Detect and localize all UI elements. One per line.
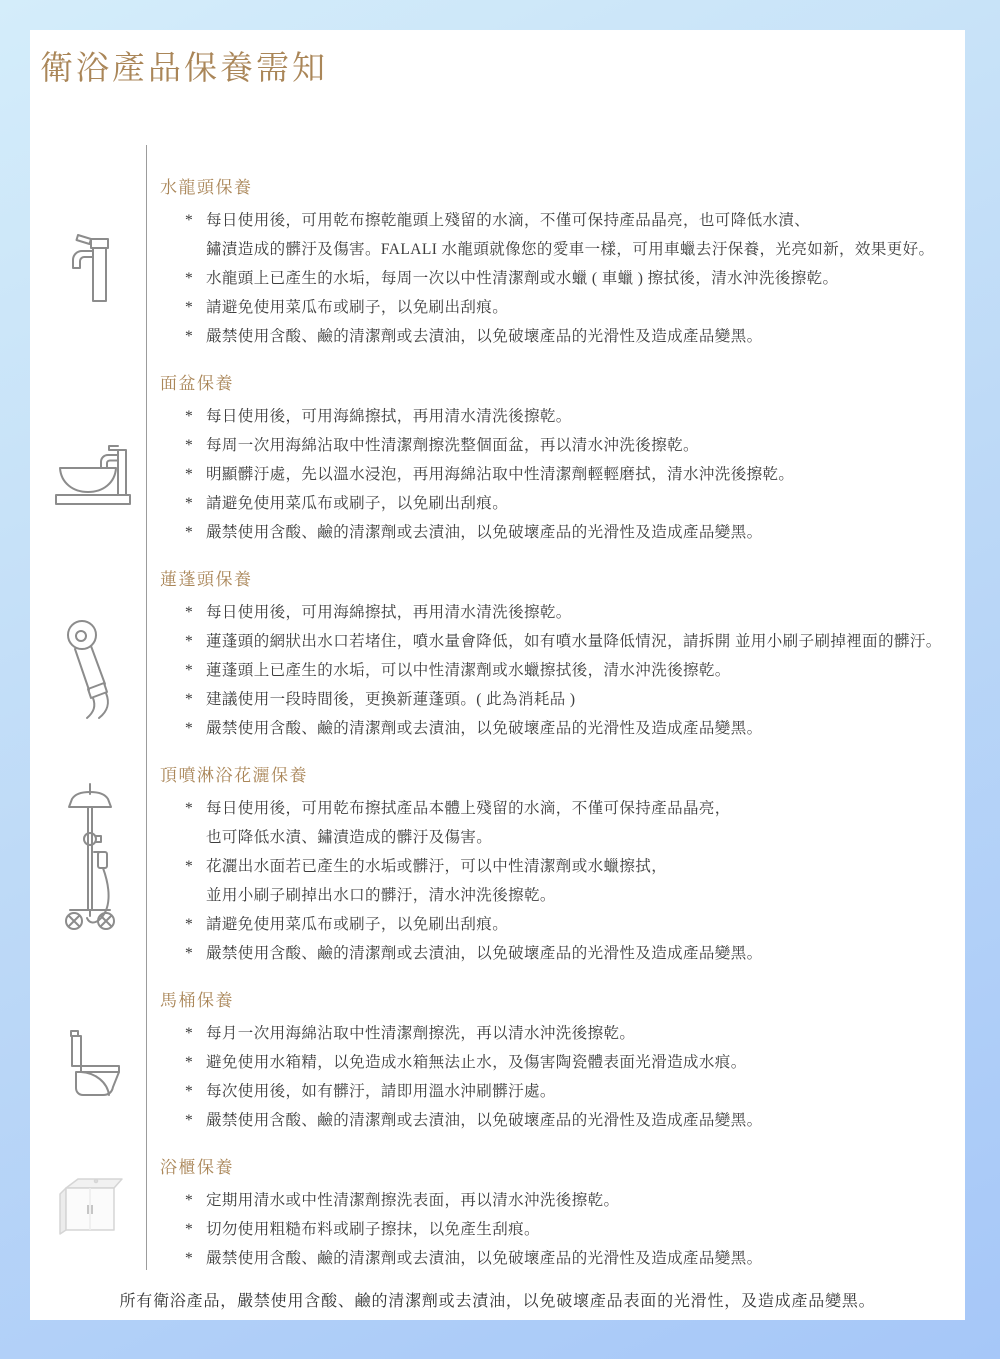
section-showerhead: 蓮蓬頭保養*每日使用後，可用海綿擦拭，再用清水清洗後擦乾。*蓮蓬頭的網狀出水口若… bbox=[160, 568, 960, 743]
bullet-star: * bbox=[185, 939, 206, 968]
note-text: 定期用清水或中性清潔劑擦洗表面，再以清水沖洗後擦乾。 bbox=[206, 1192, 619, 1209]
note-text: 嚴禁使用含酸、鹼的清潔劑或去漬油，以免破壞產品的光滑性及造成產品變黑。 bbox=[206, 1112, 763, 1129]
section-title-vanity: 浴櫃保養 bbox=[160, 1156, 960, 1180]
note-text: 蓮蓬頭上已產生的水垢，可以中性清潔劑或水蠟擦拭後，清水沖洗後擦乾。 bbox=[206, 662, 731, 679]
divider-line bbox=[146, 145, 147, 1270]
note-line: *花灑出水面若已產生的水垢或髒汙，可以中性清潔劑或水蠟擦拭， bbox=[160, 852, 960, 881]
note-line: *請避免使用菜瓜布或刷子，以免刷出刮痕。 bbox=[160, 910, 960, 939]
section-title-basin: 面盆保養 bbox=[160, 372, 960, 396]
bullet-star: * bbox=[185, 1186, 206, 1215]
note-line: *蓮蓬頭的網狀出水口若堵住，噴水量會降低，如有噴水量降低情況，請拆開 並用小刷子… bbox=[160, 627, 960, 656]
note-line: *嚴禁使用含酸、鹼的清潔劑或去漬油，以免破壞產品的光滑性及造成產品變黑。 bbox=[160, 939, 960, 968]
note-line: *定期用清水或中性清潔劑擦洗表面，再以清水沖洗後擦乾。 bbox=[160, 1186, 960, 1215]
section-vanity: 浴櫃保養*定期用清水或中性清潔劑擦洗表面，再以清水沖洗後擦乾。*切勿使用粗糙布料… bbox=[160, 1156, 960, 1273]
note-text: 每月一次用海綿沾取中性清潔劑擦洗，再以清水沖洗後擦乾。 bbox=[206, 1025, 635, 1042]
note-line: *嚴禁使用含酸、鹼的清潔劑或去漬油，以免破壞產品的光滑性及造成產品變黑。 bbox=[160, 322, 960, 351]
note-line: *嚴禁使用含酸、鹼的清潔劑或去漬油，以免破壞產品的光滑性及造成產品變黑。 bbox=[160, 1244, 960, 1273]
note-text: 鏽漬造成的髒汙及傷害。FALALI 水龍頭就像您的愛車一樣，可用車蠟去汙保養，光… bbox=[206, 241, 934, 258]
shower-column-icon bbox=[54, 782, 126, 938]
note-line: *每日使用後，可用乾布擦乾龍頭上殘留的水滴，不僅可保持產品晶亮，也可降低水漬、 bbox=[160, 206, 960, 235]
note-text: 並用小刷子刷掉出水口的髒汙，清水沖洗後擦乾。 bbox=[206, 887, 556, 904]
note-line: *嚴禁使用含酸、鹼的清潔劑或去漬油，以免破壞產品的光滑性及造成產品變黑。 bbox=[160, 1106, 960, 1135]
section-title-toilet: 馬桶保養 bbox=[160, 989, 960, 1013]
note-text: 嚴禁使用含酸、鹼的清潔劑或去漬油，以免破壞產品的光滑性及造成產品變黑。 bbox=[206, 328, 763, 345]
bullet-star: * bbox=[185, 460, 206, 489]
section-rainshower: 頂噴淋浴花灑保養*每日使用後，可用乾布擦拭產品本體上殘留的水滴，不僅可保持產品晶… bbox=[160, 764, 960, 968]
note-text: 蓮蓬頭的網狀出水口若堵住，噴水量會降低，如有噴水量降低情況，請拆開 並用小刷子刷… bbox=[206, 633, 942, 650]
note-text: 每日使用後，可用海綿擦拭，再用清水清洗後擦乾。 bbox=[206, 604, 572, 621]
bullet-star: * bbox=[185, 264, 206, 293]
note-text: 每日使用後，可用乾布擦乾龍頭上殘留的水滴，不僅可保持產品晶亮，也可降低水漬、 bbox=[206, 212, 810, 229]
note-text: 請避免使用菜瓜布或刷子，以免刷出刮痕。 bbox=[206, 916, 508, 933]
note-line: *嚴禁使用含酸、鹼的清潔劑或去漬油，以免破壞產品的光滑性及造成產品變黑。 bbox=[160, 714, 960, 743]
bullet-star: * bbox=[185, 852, 206, 881]
note-line: *請避免使用菜瓜布或刷子，以免刷出刮痕。 bbox=[160, 489, 960, 518]
bullet-star: * bbox=[185, 431, 206, 460]
note-text: 嚴禁使用含酸、鹼的清潔劑或去漬油，以免破壞產品的光滑性及造成產品變黑。 bbox=[206, 945, 763, 962]
bullet-star: * bbox=[185, 1106, 206, 1135]
note-line: *蓮蓬頭上已產生的水垢，可以中性清潔劑或水蠟擦拭後，清水沖洗後擦乾。 bbox=[160, 656, 960, 685]
note-line: *每周一次用海綿沾取中性清潔劑擦洗整個面盆，再以清水沖洗後擦乾。 bbox=[160, 431, 960, 460]
section-faucet: 水龍頭保養*每日使用後，可用乾布擦乾龍頭上殘留的水滴，不僅可保持產品晶亮，也可降… bbox=[160, 176, 960, 351]
note-line: *每次使用後，如有髒汙，請即用溫水沖刷髒汙處。 bbox=[160, 1077, 960, 1106]
note-text: 嚴禁使用含酸、鹼的清潔劑或去漬油，以免破壞產品的光滑性及造成產品變黑。 bbox=[206, 1250, 763, 1267]
section-title-rainshower: 頂噴淋浴花灑保養 bbox=[160, 764, 960, 788]
note-line: *切勿使用粗糙布料或刷子擦抹，以免產生刮痕。 bbox=[160, 1215, 960, 1244]
bullet-star: * bbox=[185, 402, 206, 431]
bullet-star: * bbox=[185, 1244, 206, 1273]
note-text: 水龍頭上已產生的水垢，每周一次以中性清潔劑或水蠟 ( 車蠟 ) 擦拭後，清水沖洗… bbox=[206, 270, 838, 287]
bullet-star: * bbox=[185, 656, 206, 685]
note-line: *嚴禁使用含酸、鹼的清潔劑或去漬油，以免破壞產品的光滑性及造成產品變黑。 bbox=[160, 518, 960, 547]
bullet-star: * bbox=[185, 1077, 206, 1106]
note-text: 也可降低水漬、鏽漬造成的髒汙及傷害。 bbox=[206, 829, 492, 846]
note-text: 建議使用一段時間後，更換新蓮蓬頭。( 此為消耗品 ) bbox=[206, 691, 575, 708]
note-line-continued: 並用小刷子刷掉出水口的髒汙，清水沖洗後擦乾。 bbox=[160, 881, 960, 910]
bullet-star: * bbox=[185, 598, 206, 627]
note-text: 明顯髒汙處，先以溫水浸泡，再用海綿沾取中性清潔劑輕輕磨拭，清水沖洗後擦乾。 bbox=[206, 466, 794, 483]
note-text: 切勿使用粗糙布料或刷子擦抹，以免產生刮痕。 bbox=[206, 1221, 540, 1238]
maintenance-notice-page: { "page": { "title": "衛浴產品保養需知", "bullet… bbox=[0, 0, 1000, 1359]
sections-container: 水龍頭保養*每日使用後，可用乾布擦乾龍頭上殘留的水滴，不僅可保持產品晶亮，也可降… bbox=[160, 176, 960, 1294]
bullet-star: * bbox=[185, 518, 206, 547]
note-line: *每日使用後，可用乾布擦拭產品本體上殘留的水滴，不僅可保持產品晶亮， bbox=[160, 794, 960, 823]
note-line-continued: 也可降低水漬、鏽漬造成的髒汙及傷害。 bbox=[160, 823, 960, 852]
bullet-star: * bbox=[185, 685, 206, 714]
bullet-star: * bbox=[185, 1048, 206, 1077]
page-title: 衛浴產品保養需知 bbox=[40, 42, 328, 89]
note-text: 每日使用後，可用乾布擦拭產品本體上殘留的水滴，不僅可保持產品晶亮， bbox=[206, 800, 731, 817]
bullet-star: * bbox=[185, 322, 206, 351]
note-text: 嚴禁使用含酸、鹼的清潔劑或去漬油，以免破壞產品的光滑性及造成產品變黑。 bbox=[206, 720, 763, 737]
note-text: 花灑出水面若已產生的水垢或髒汙，可以中性清潔劑或水蠟擦拭， bbox=[206, 858, 667, 875]
faucet-icon bbox=[64, 226, 116, 304]
bullet-star: * bbox=[185, 714, 206, 743]
bullet-star: * bbox=[185, 794, 206, 823]
content-card: 衛浴產品保養需知 bbox=[30, 30, 965, 1320]
bullet-star: * bbox=[185, 1019, 206, 1048]
note-text: 避免使用水箱精，以免造成水箱無法止水，及傷害陶瓷體表面光滑造成水痕。 bbox=[206, 1054, 747, 1071]
note-line: *每日使用後，可用海綿擦拭，再用清水清洗後擦乾。 bbox=[160, 598, 960, 627]
bullet-star: * bbox=[185, 627, 206, 656]
note-line: *水龍頭上已產生的水垢，每周一次以中性清潔劑或水蠟 ( 車蠟 ) 擦拭後，清水沖… bbox=[160, 264, 960, 293]
basin-icon bbox=[52, 438, 140, 510]
note-line: *請避免使用菜瓜布或刷子，以免刷出刮痕。 bbox=[160, 293, 960, 322]
section-toilet: 馬桶保養*每月一次用海綿沾取中性清潔劑擦洗，再以清水沖洗後擦乾。*避免使用水箱精… bbox=[160, 989, 960, 1135]
note-text: 請避免使用菜瓜布或刷子，以免刷出刮痕。 bbox=[206, 299, 508, 316]
note-line-continued: 鏽漬造成的髒汙及傷害。FALALI 水龍頭就像您的愛車一樣，可用車蠟去汙保養，光… bbox=[160, 235, 960, 264]
note-text: 每周一次用海綿沾取中性清潔劑擦洗整個面盆，再以清水沖洗後擦乾。 bbox=[206, 437, 699, 454]
bullet-star: * bbox=[185, 206, 206, 235]
note-line: *明顯髒汙處，先以溫水浸泡，再用海綿沾取中性清潔劑輕輕磨拭，清水沖洗後擦乾。 bbox=[160, 460, 960, 489]
section-title-faucet: 水龍頭保養 bbox=[160, 176, 960, 200]
note-text: 每日使用後，可用海綿擦拭，再用清水清洗後擦乾。 bbox=[206, 408, 572, 425]
vanity-cabinet-icon bbox=[54, 1172, 130, 1238]
handheld-shower-icon bbox=[60, 612, 124, 720]
section-title-showerhead: 蓮蓬頭保養 bbox=[160, 568, 960, 592]
bullet-star: * bbox=[185, 293, 206, 322]
note-line: *避免使用水箱精，以免造成水箱無法止水，及傷害陶瓷體表面光滑造成水痕。 bbox=[160, 1048, 960, 1077]
bullet-star: * bbox=[185, 910, 206, 939]
note-text: 嚴禁使用含酸、鹼的清潔劑或去漬油，以免破壞產品的光滑性及造成產品變黑。 bbox=[206, 524, 763, 541]
section-basin: 面盆保養*每日使用後，可用海綿擦拭，再用清水清洗後擦乾。*每周一次用海綿沾取中性… bbox=[160, 372, 960, 547]
bullet-star: * bbox=[185, 489, 206, 518]
toilet-icon bbox=[58, 1028, 122, 1098]
note-text: 每次使用後，如有髒汙，請即用溫水沖刷髒汙處。 bbox=[206, 1083, 556, 1100]
footer-note: 所有衛浴產品，嚴禁使用含酸、鹼的清潔劑或去漬油，以免破壞產品表面的光滑性，及造成… bbox=[30, 1290, 965, 1314]
note-text: 請避免使用菜瓜布或刷子，以免刷出刮痕。 bbox=[206, 495, 508, 512]
note-line: *每日使用後，可用海綿擦拭，再用清水清洗後擦乾。 bbox=[160, 402, 960, 431]
note-line: *每月一次用海綿沾取中性清潔劑擦洗，再以清水沖洗後擦乾。 bbox=[160, 1019, 960, 1048]
bullet-star: * bbox=[185, 1215, 206, 1244]
note-line: *建議使用一段時間後，更換新蓮蓬頭。( 此為消耗品 ) bbox=[160, 685, 960, 714]
